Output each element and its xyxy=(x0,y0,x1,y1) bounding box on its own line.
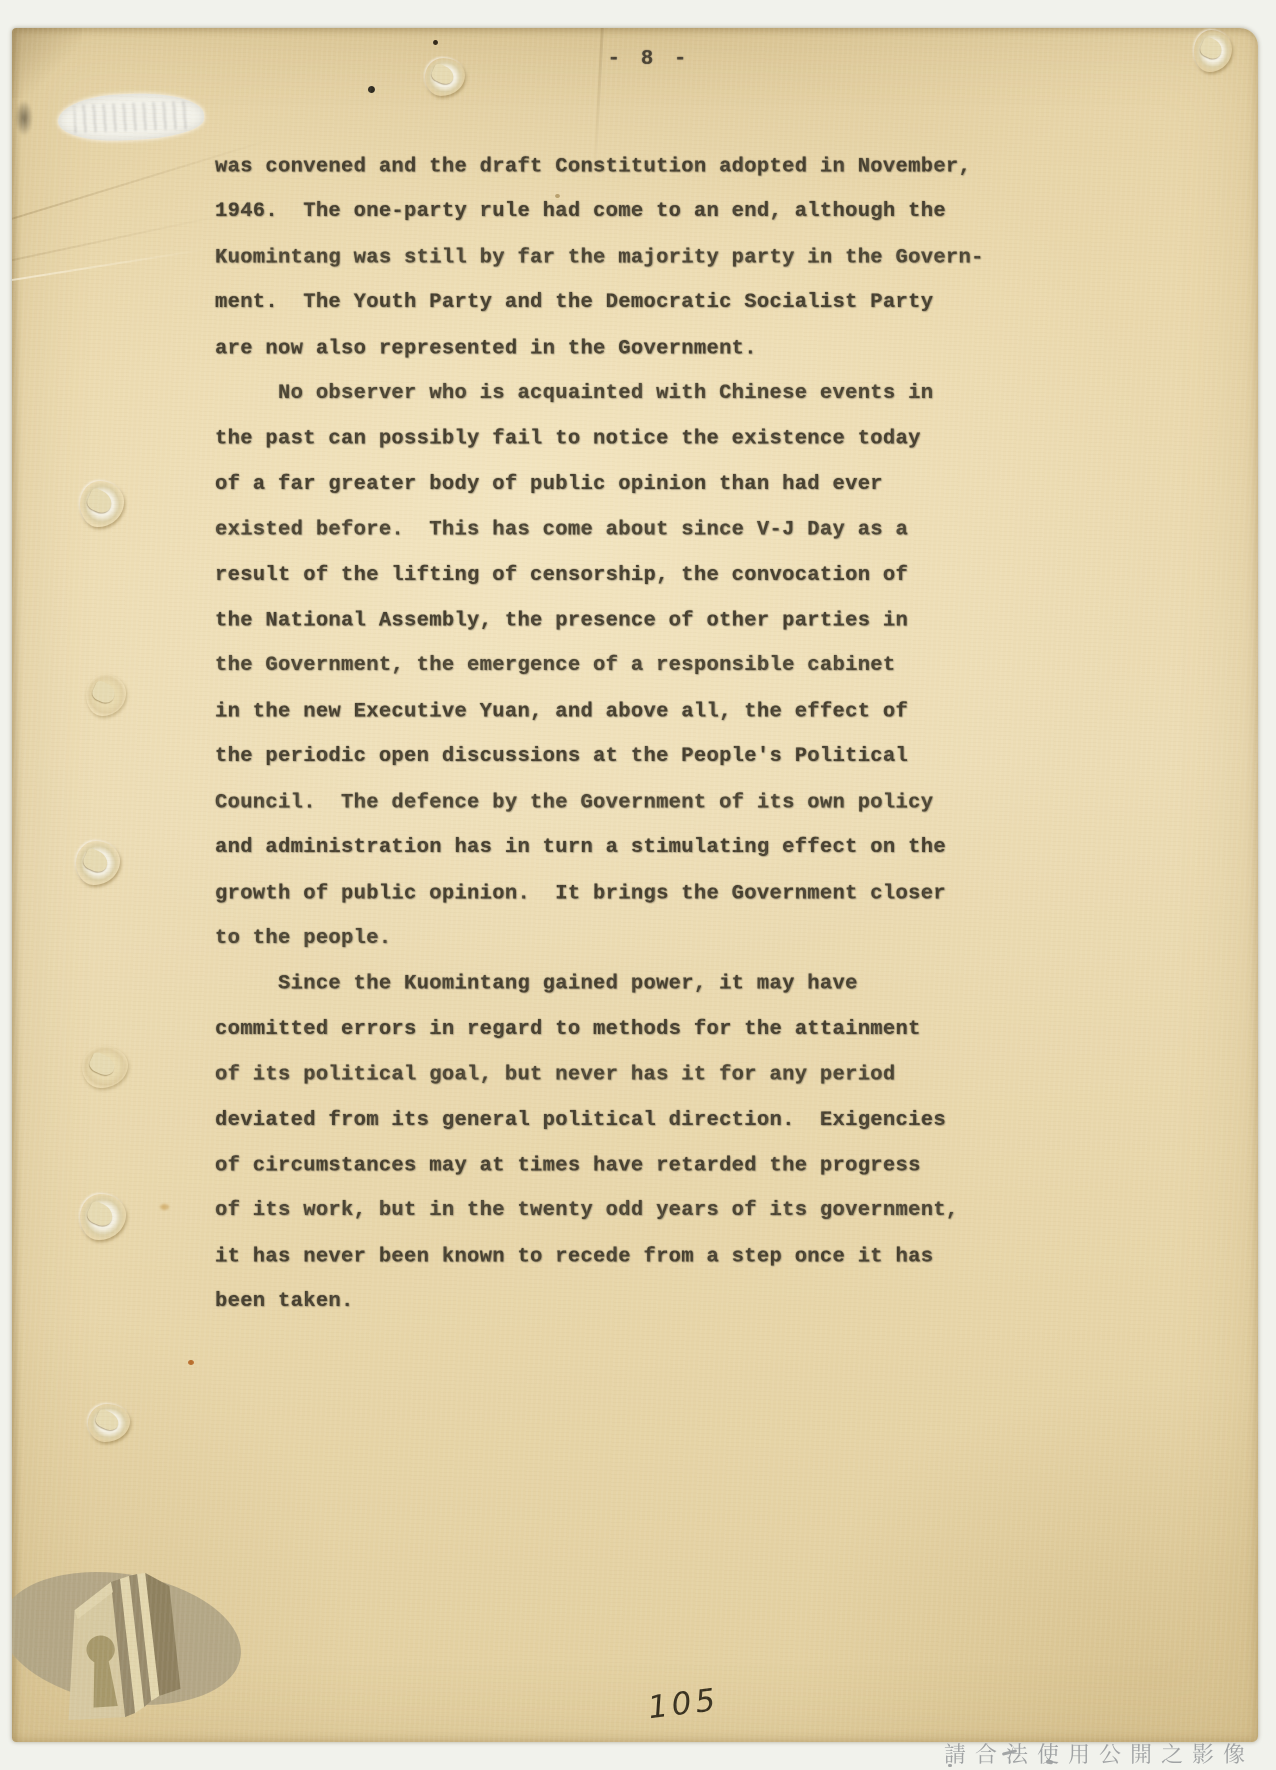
scanned-document: - 8 - was convened and the draft Constit… xyxy=(0,0,1276,1770)
typewritten-line: 1946. The one-party rule had come to an … xyxy=(215,189,1005,234)
ink-smudge xyxy=(12,94,36,142)
typewritten-line: and administration has in turn a stimula… xyxy=(215,825,1005,870)
typewritten-line: of circumstances may at times have retar… xyxy=(215,1144,1005,1189)
typewritten-line: are now also represented in the Governme… xyxy=(215,326,1005,371)
tear-flap xyxy=(85,487,116,516)
typewritten-line: the past can possibly fail to notice the… xyxy=(215,417,1005,462)
typewritten-line: in the new Executive Yuan, and above all… xyxy=(215,689,1005,734)
typewritten-line: ment. The Youth Party and the Democratic… xyxy=(215,280,1005,325)
punch-hole-tear xyxy=(80,1194,126,1240)
typewritten-line: deviated from its general political dire… xyxy=(215,1098,1005,1143)
punch-hole-tear xyxy=(86,674,126,716)
punch-hole-tear xyxy=(88,1404,130,1442)
paper-speck xyxy=(555,194,560,198)
typewritten-line: result of the lifting of censorship, the… xyxy=(215,553,1005,598)
tear-flap xyxy=(93,1408,121,1433)
typewritten-text: was convened and the draft Constitution … xyxy=(215,144,1005,1325)
page-number: - 8 - xyxy=(12,48,1258,71)
paper-speck xyxy=(368,86,375,93)
typewritten-line: the periodic open discussions at the Peo… xyxy=(215,734,1005,779)
typewritten-line: it has never been known to recede from a… xyxy=(215,1234,1005,1279)
typewritten-line: committed errors in regard to methods fo… xyxy=(215,1007,1005,1052)
tear-flap xyxy=(430,63,457,88)
tear-flap xyxy=(85,1200,117,1229)
typewritten-line: No observer who is acquainted with Chine… xyxy=(215,371,1005,416)
paper-tear xyxy=(425,58,465,96)
typewritten-line: of a far greater body of public opinion … xyxy=(215,462,1005,507)
typewritten-line: was convened and the draft Constitution … xyxy=(215,145,1005,190)
whiteout-correction xyxy=(57,91,205,142)
punch-hole-tear xyxy=(80,481,124,527)
paper-crease xyxy=(12,212,234,262)
typewritten-line: Council. The defence by the Government o… xyxy=(215,780,1005,825)
typewritten-line: of its work, but in the twenty odd years… xyxy=(215,1188,1005,1233)
paper-speck xyxy=(160,1204,169,1210)
punch-hole-tear xyxy=(82,1046,128,1088)
paper-speck xyxy=(433,40,438,45)
paper-speck xyxy=(188,1360,194,1365)
typewritten-line: of its political goal, but never has it … xyxy=(215,1053,1005,1098)
typewritten-line: the National Assembly, the presence of o… xyxy=(215,599,1005,644)
typewritten-line: existed before. This has come about sinc… xyxy=(215,508,1005,553)
tear-flap xyxy=(81,847,111,875)
paper-crease xyxy=(12,248,211,283)
typewritten-line: growth of public opinion. It brings the … xyxy=(215,871,1005,916)
typewritten-line: Since the Kuomintang gained power, it ma… xyxy=(215,962,1005,1007)
tear-flap xyxy=(90,680,118,706)
typewritten-line: to the people. xyxy=(215,916,1005,961)
tear-flap xyxy=(1198,36,1225,62)
handwritten-page-number: 105 xyxy=(646,1682,721,1726)
document-page: - 8 - was convened and the draft Constit… xyxy=(12,28,1258,1742)
punch-hole-tear xyxy=(76,841,120,885)
typewritten-line: Kuomintang was still by far the majority… xyxy=(215,235,1005,280)
typewritten-line: the Government, the emergence of a respo… xyxy=(215,643,1005,688)
typewritten-line: been taken. xyxy=(215,1279,1005,1324)
tear-flap xyxy=(88,1051,119,1079)
copyright-watermark: 請合法使用公開之影像 xyxy=(944,1738,1254,1769)
archive-book-logo xyxy=(12,1565,250,1723)
